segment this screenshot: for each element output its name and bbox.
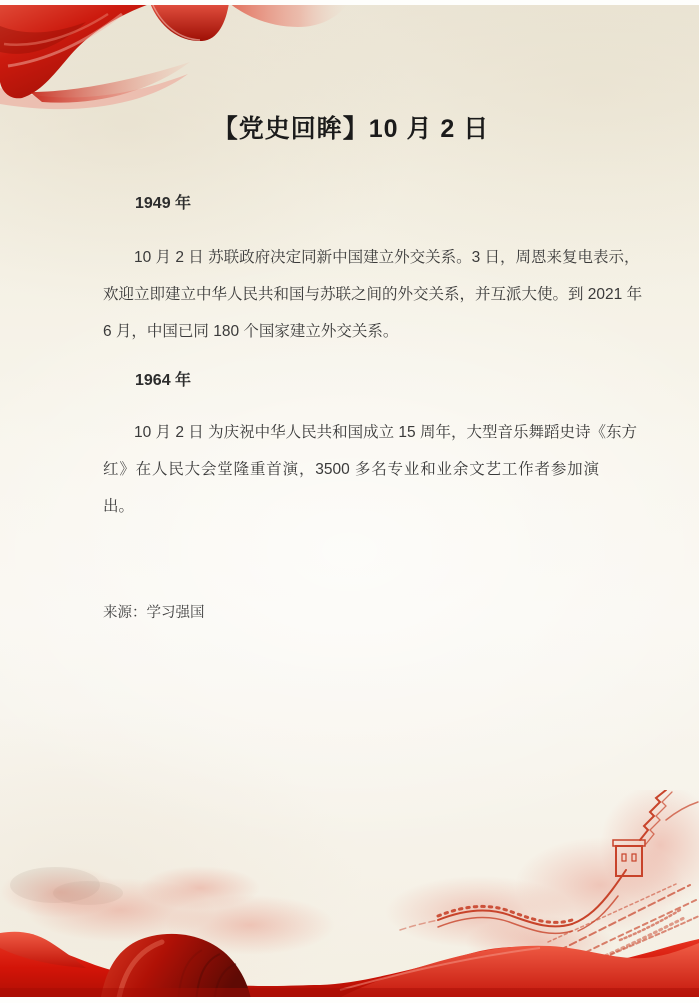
paragraph-1949: 10 月 2 日 苏联政府决定同新中国建立外交关系。3 日，周恩来复电表示， 欢… (103, 239, 599, 350)
source-attribution: 来源：学习强国 (103, 603, 599, 623)
text-line: 10 月 2 日 为庆祝中华人民共和国成立 15 周年，大型音乐舞蹈史诗《东方 (103, 414, 599, 451)
text-line: 欢迎立即建立中华人民共和国与苏联之间的外交关系，并互派大使。到 2021 年 (103, 276, 599, 313)
article-body: 1949 年 10 月 2 日 苏联政府决定同新中国建立外交关系。3 日，周恩来… (103, 193, 599, 525)
page-title: 【党史回眸】10 月 2 日 (103, 112, 599, 146)
document-page: 【党史回眸】10 月 2 日 1949 年 10 月 2 日 苏联政府决定同新中… (0, 0, 699, 1003)
bottom-white-margin (0, 997, 699, 1003)
article-content: 【党史回眸】10 月 2 日 1949 年 10 月 2 日 苏联政府决定同新中… (0, 0, 699, 623)
text-line: 红》在人民大会堂隆重首演，3500 多名专业和业余文艺工作者参加演出。 (103, 451, 599, 525)
section-year-1949: 1949 年 (103, 193, 599, 215)
section-year-1964: 1964 年 (103, 370, 599, 392)
paragraph-1964: 10 月 2 日 为庆祝中华人民共和国成立 15 周年，大型音乐舞蹈史诗《东方 … (103, 414, 599, 525)
text-line: 6 月，中国已同 180 个国家建立外交关系。 (103, 313, 599, 350)
top-white-margin (0, 0, 699, 5)
text-line: 10 月 2 日 苏联政府决定同新中国建立外交关系。3 日，周恩来复电表示， (103, 239, 599, 276)
